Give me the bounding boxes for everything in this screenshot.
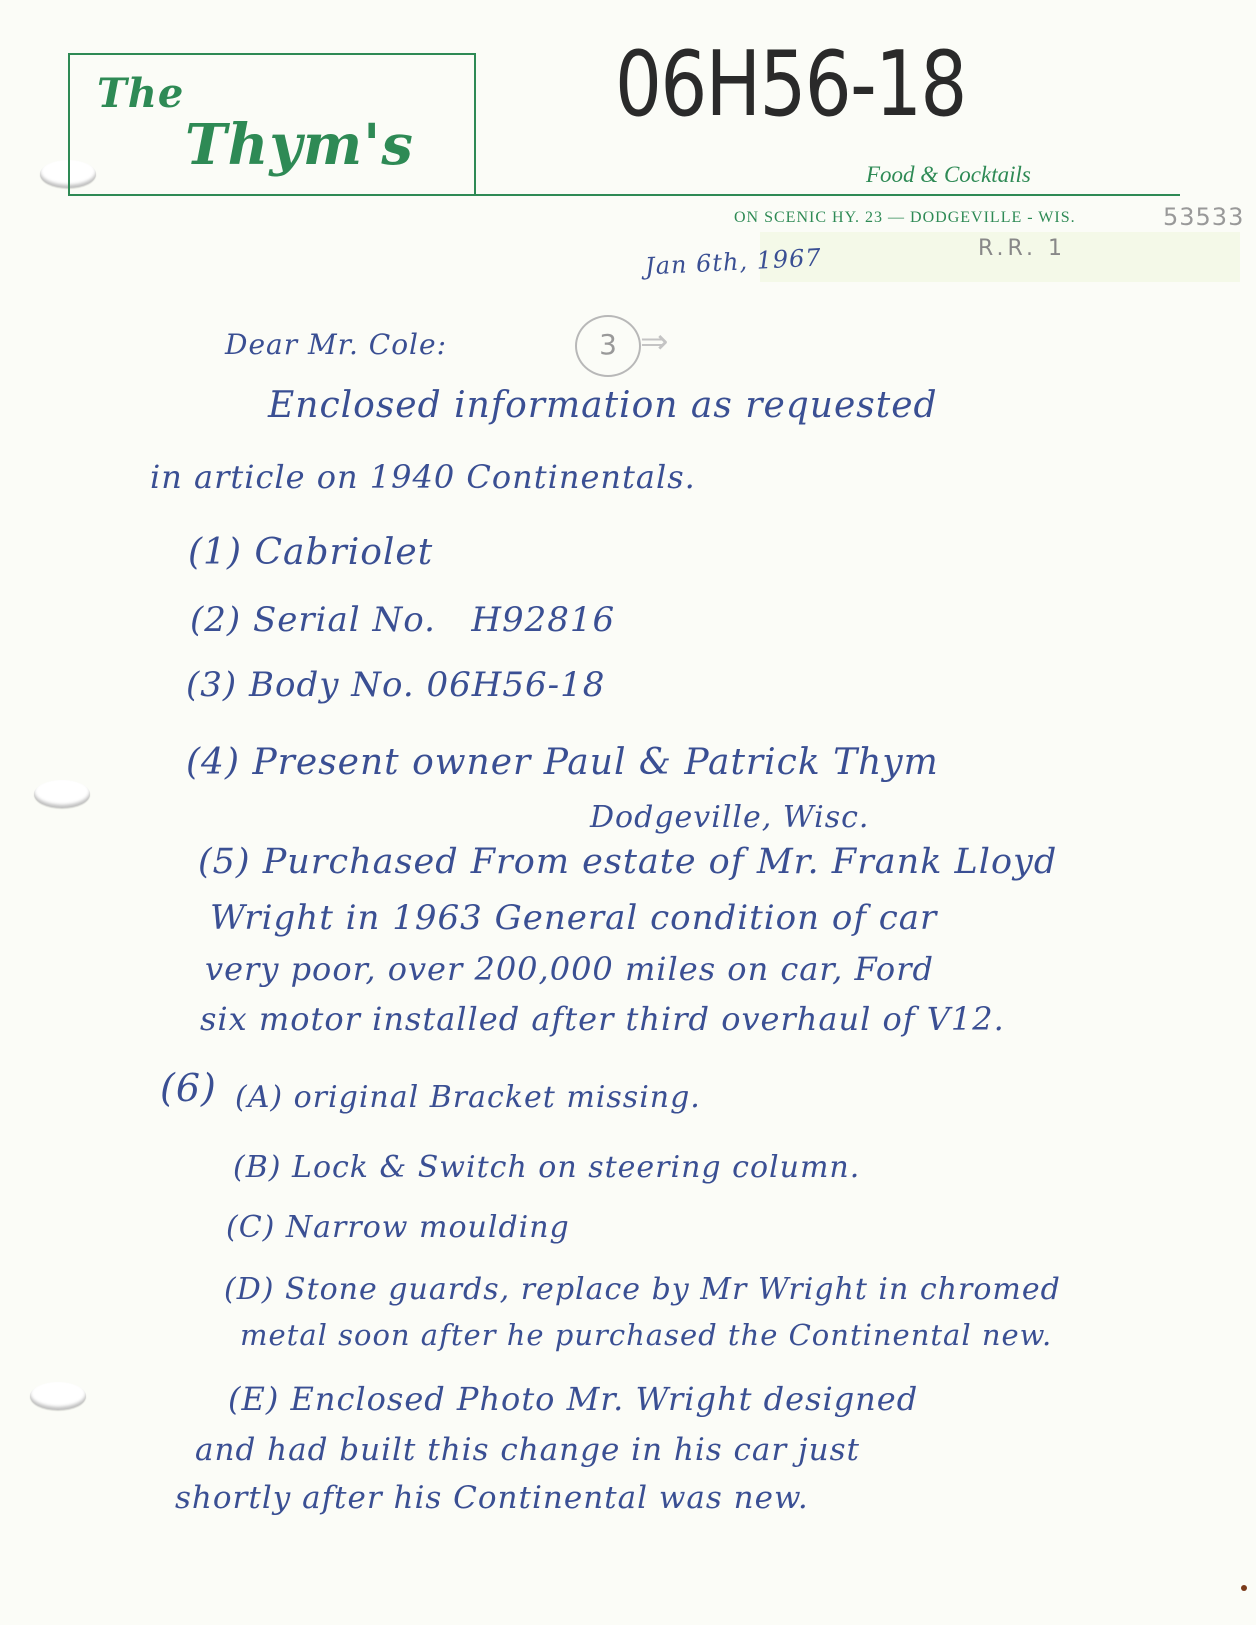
subitem-text: Stone guards, replace by Mr Wright in ch… (285, 1272, 1061, 1307)
zip-stamp: 53533 (1163, 203, 1244, 231)
item-5-line-2: Wright in 1963 General condition of car (210, 898, 937, 938)
subitem-label: (C) (226, 1210, 275, 1245)
subitem-label: (A) (235, 1080, 283, 1115)
page-marker: 3 (575, 315, 641, 377)
route-stamp: R.R. 1 (978, 236, 1066, 261)
subitem-b: (B) Lock & Switch on steering column. (233, 1150, 860, 1185)
item-number: (2) (190, 600, 241, 640)
brand-prefix: The (97, 70, 184, 117)
letterhead-rule (68, 194, 1180, 196)
item-number: (4) (186, 742, 240, 783)
item-4-continuation: Dodgeville, Wisc. (590, 800, 869, 835)
intro-line-1: Enclosed information as requested (268, 385, 938, 426)
arrow-right-icon: ⇒ (640, 322, 669, 362)
subitem-text: Narrow moulding (286, 1210, 570, 1245)
header-body-number: 06H56-18 (615, 32, 966, 137)
item-text: Cabriolet (254, 532, 433, 573)
item-5-line-4: six motor installed after third overhaul… (200, 1000, 1005, 1038)
subitem-text: original Bracket missing. (294, 1080, 701, 1115)
item-text: Present owner Paul & Patrick Thym (252, 742, 938, 783)
ink-spot (1241, 1585, 1247, 1591)
item-number: (1) (188, 532, 242, 573)
subitem-text: Lock & Switch on steering column. (292, 1150, 860, 1185)
salutation: Dear Mr. Cole: (225, 328, 447, 361)
item-text: Body No. 06H56-18 (249, 665, 605, 705)
binder-hole-middle (34, 780, 90, 808)
subitem-label: (D) (224, 1272, 274, 1307)
item-number: (3) (186, 665, 237, 705)
intro-line-2: in article on 1940 Continentals. (150, 458, 696, 496)
subitem-c: (C) Narrow moulding (226, 1210, 570, 1245)
binder-hole-bottom (30, 1382, 86, 1410)
item-5: (5) Purchased From estate of Mr. Frank L… (198, 842, 1057, 882)
brand-name: Thym's (185, 112, 414, 178)
address: ON SCENIC HY. 23 — DODGEVILLE - WIS. (734, 209, 1076, 227)
subitem-text: Enclosed Photo Mr. Wright designed (291, 1380, 919, 1418)
item-6-number: (6) (160, 1066, 217, 1110)
item-5-line-3: very poor, over 200,000 miles on car, Fo… (205, 950, 934, 988)
item-2: (2) Serial No. H92816 (190, 600, 615, 640)
item-line: Purchased From estate of Mr. Frank Lloyd (263, 842, 1058, 882)
item-3: (3) Body No. 06H56-18 (186, 665, 605, 705)
subitem-e-line-2: and had built this change in his car jus… (195, 1432, 860, 1468)
item-4: (4) Present owner Paul & Patrick Thym (186, 742, 939, 783)
subitem-d: (D) Stone guards, replace by Mr Wright i… (224, 1272, 1061, 1307)
item-number: (5) (198, 842, 251, 882)
subitem-e-line-3: shortly after his Continental was new. (175, 1480, 809, 1516)
item-1: (1) Cabriolet (188, 532, 433, 573)
item-text: Serial No. H92816 (253, 600, 615, 640)
subitem-a: (A) original Bracket missing. (235, 1080, 701, 1115)
subitem-label: (B) (233, 1150, 281, 1185)
subitem-e: (E) Enclosed Photo Mr. Wright designed (228, 1380, 918, 1418)
tagline: Food & Cocktails (866, 162, 1031, 188)
subitem-label: (E) (228, 1380, 279, 1418)
subitem-d-line-2: metal soon after he purchased the Contin… (240, 1318, 1052, 1352)
